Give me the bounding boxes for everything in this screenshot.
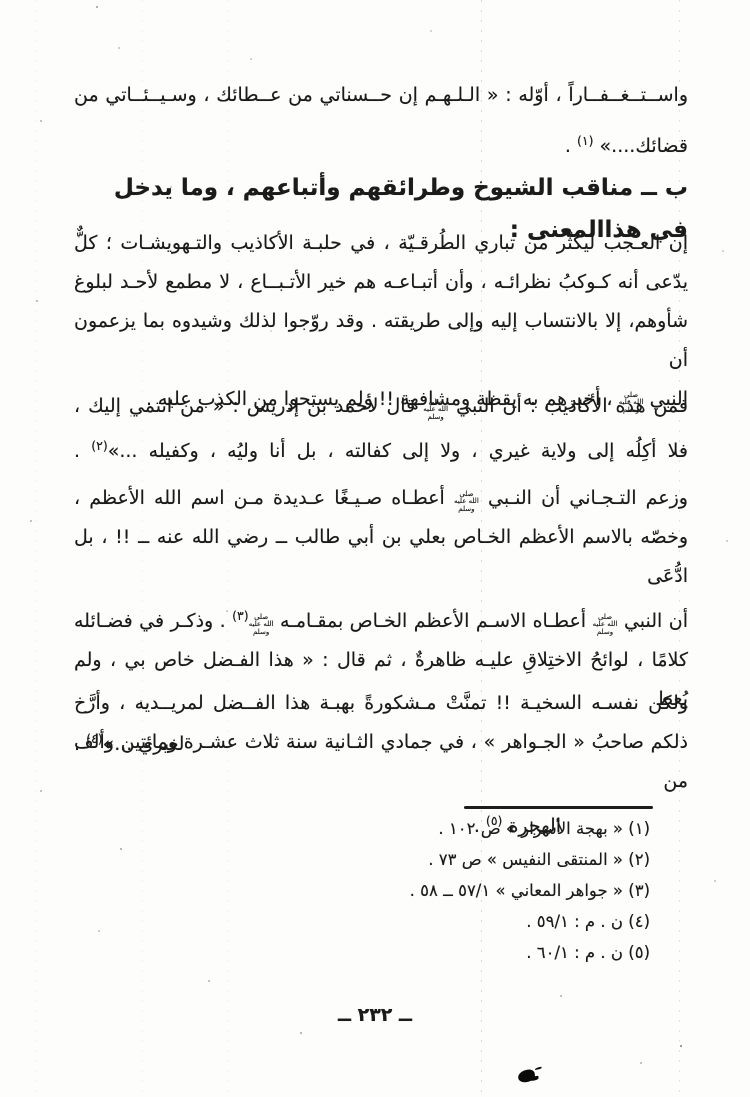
footnote-ref-3: (٣): [232, 608, 249, 623]
text-segment: فمن هذه الأكاذيب : أن النبي: [448, 395, 688, 417]
footnote-4: (٤) ن . م : ٥٩/١ .: [230, 906, 650, 937]
text-segment: أعطـاه صـيـغًا عـديدة مـن اسم الله الأعظ…: [74, 487, 454, 509]
scan-noise-speckles: [0, 0, 2, 2]
text-segment: . وذكـر في فضـائله: [74, 610, 232, 632]
scanned-book-page: واســتــغــفــاراً ، أوّله : « الـلـهـم …: [0, 0, 750, 1097]
footnote-ref-2: (٢): [91, 438, 108, 453]
text-line: شأوهم، إلا بالانتساب إليه وإلى طريقته . …: [74, 302, 688, 380]
text-line: فمن هذه الأكاذيب : أن النبي صلى الله علي…: [74, 387, 688, 426]
footnotes: (١) « بهجة الأسرار » ص ١٠٢ . (٢) « المنت…: [230, 813, 650, 968]
text-line: يدّعى أنه كـوكبُ نظرائـه ، وأن أتبـاعـه …: [74, 263, 688, 302]
text-line: أن النبي صلى الله عليه وسلم أعطـاه الاسـ…: [74, 596, 688, 641]
text-line: ذلكم صاحبُ « الجـواهر » ، في جمادي الثـا…: [74, 723, 688, 801]
pbuh-symbol: صلى الله عليه وسلم: [454, 491, 479, 514]
text-line: إن العـجب ليكثُر من تباري الطُرقـيّة ، ف…: [74, 224, 688, 263]
footnote-5: (٥) ن . م : ٦٠/١ .: [230, 937, 650, 968]
text-segment: فلا أكِلُه إلى ولاية غيري ، ولا إلى كفال…: [108, 440, 688, 462]
text-segment: .: [565, 135, 577, 157]
text-segment: قال لأحمد بن إدريس : « من انتمي إليك ،: [74, 395, 423, 417]
paragraph: فمن هذه الأكاذيب : أن النبي صلى الله علي…: [74, 387, 688, 471]
text-line: فلا أكِلُه إلى ولاية غيري ، ولا إلى كفال…: [74, 426, 688, 471]
footnote-ref-1: (١): [577, 133, 594, 148]
page-number: ــ ٢٣٢ ــ: [0, 1004, 750, 1026]
text-segment: وزعم التـجـاني أن النـبي: [479, 487, 688, 509]
text-segment: أعطـاه الاسـم الأعظم الخـاص بمقـامـه: [274, 610, 593, 632]
text-line: وخصّه بالاسم الأعظم الخـاص بعلي بن أبي ط…: [74, 518, 688, 596]
text-line: واســتــغــفــاراً ، أوّله : « الـلـهـم …: [74, 72, 688, 118]
text-line: قضائك....» (١) .: [74, 118, 688, 169]
pbuh-symbol: صلى الله عليه وسلم: [593, 614, 618, 637]
text-line: وزعم التـجـاني أن النـبي صلى الله عليه و…: [74, 479, 688, 518]
pbuh-symbol: صلى الله عليه وسلم: [249, 614, 274, 637]
paragraph: واســتــغــفــاراً ، أوّله : « الـلـهـم …: [74, 72, 688, 169]
text-segment: .: [74, 440, 91, 462]
footnote-2: (٢) « المنتقى النفيس » ص ٧٣ .: [230, 844, 650, 875]
text-line: ولكن نفسـه السخيـة !! تمنَّتْ مـشكورةً ب…: [74, 684, 688, 723]
text-segment: قضائك....»: [594, 135, 688, 157]
footnote-1: (١) « بهجة الأسرار » ص ١٠٢ .: [230, 813, 650, 844]
text-segment: أن النبي: [618, 610, 688, 632]
ink-blot: [517, 1068, 536, 1083]
footnote-3: (٣) « جواهر المعاني » ٥٧/١ ــ ٥٨ .: [230, 875, 650, 906]
pbuh-symbol: صلى الله عليه وسلم: [423, 399, 448, 422]
scan-fold-line: [35, 0, 36, 1097]
footnote-separator: [464, 806, 653, 809]
